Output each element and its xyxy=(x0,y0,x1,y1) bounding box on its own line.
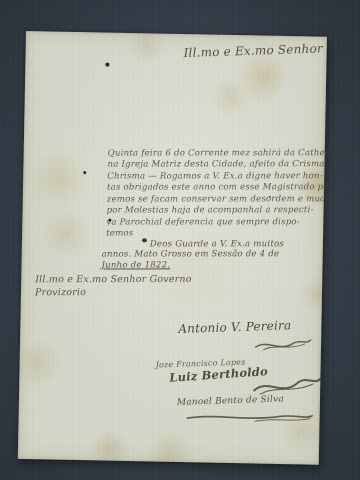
ink-speck xyxy=(108,219,111,222)
address-line: Provizorio xyxy=(35,287,86,298)
photo-background: Ill.mo e Ex.mo Senhor Quinta feira 6 do … xyxy=(0,0,360,480)
body-line: va Parochial deferencia que sempre dispo… xyxy=(106,217,300,227)
body-line: na Igreja Matriz desta Cidade, afeito da… xyxy=(107,159,324,169)
body-line: Quinta feira 6 do Corrente mez sahirá da… xyxy=(108,148,344,158)
date-line: Junho de 1822. xyxy=(102,260,171,270)
signature: Manoel Bento de Silva xyxy=(177,394,284,408)
salutation-line: Ill.mo e Ex.mo Senhor xyxy=(183,41,323,60)
signature: Antonio V. Pereira xyxy=(178,318,291,336)
closing-line: annos. Mato Grosso em Sessão de 4 de xyxy=(102,249,280,259)
body-line: Chrisma — Rogamos a V. Ex.a digne haver … xyxy=(107,171,323,181)
ink-speck xyxy=(83,171,86,174)
ink-speck xyxy=(269,196,271,198)
film-scratch xyxy=(2,446,7,453)
body-line: por Molestias haja de acompanhal a respe… xyxy=(107,205,314,215)
closing-line: Deos Guarde a V. Ex.a muitos xyxy=(150,239,284,249)
address-line: Ill.mo e Ex.mo Senhor Governo xyxy=(35,274,191,285)
body-line: tas obrigados este anno com esse Magistr… xyxy=(107,182,332,192)
signature-flourish-icon xyxy=(248,334,319,354)
ink-blot xyxy=(142,238,147,242)
signature-underline-icon xyxy=(185,411,315,423)
ink-speck xyxy=(105,63,109,67)
body-line: zemos se facam conservar sem desordem e … xyxy=(107,194,336,204)
body-line: temos xyxy=(106,229,133,239)
manuscript-page: Ill.mo e Ex.mo Senhor Quinta feira 6 do … xyxy=(18,31,327,465)
